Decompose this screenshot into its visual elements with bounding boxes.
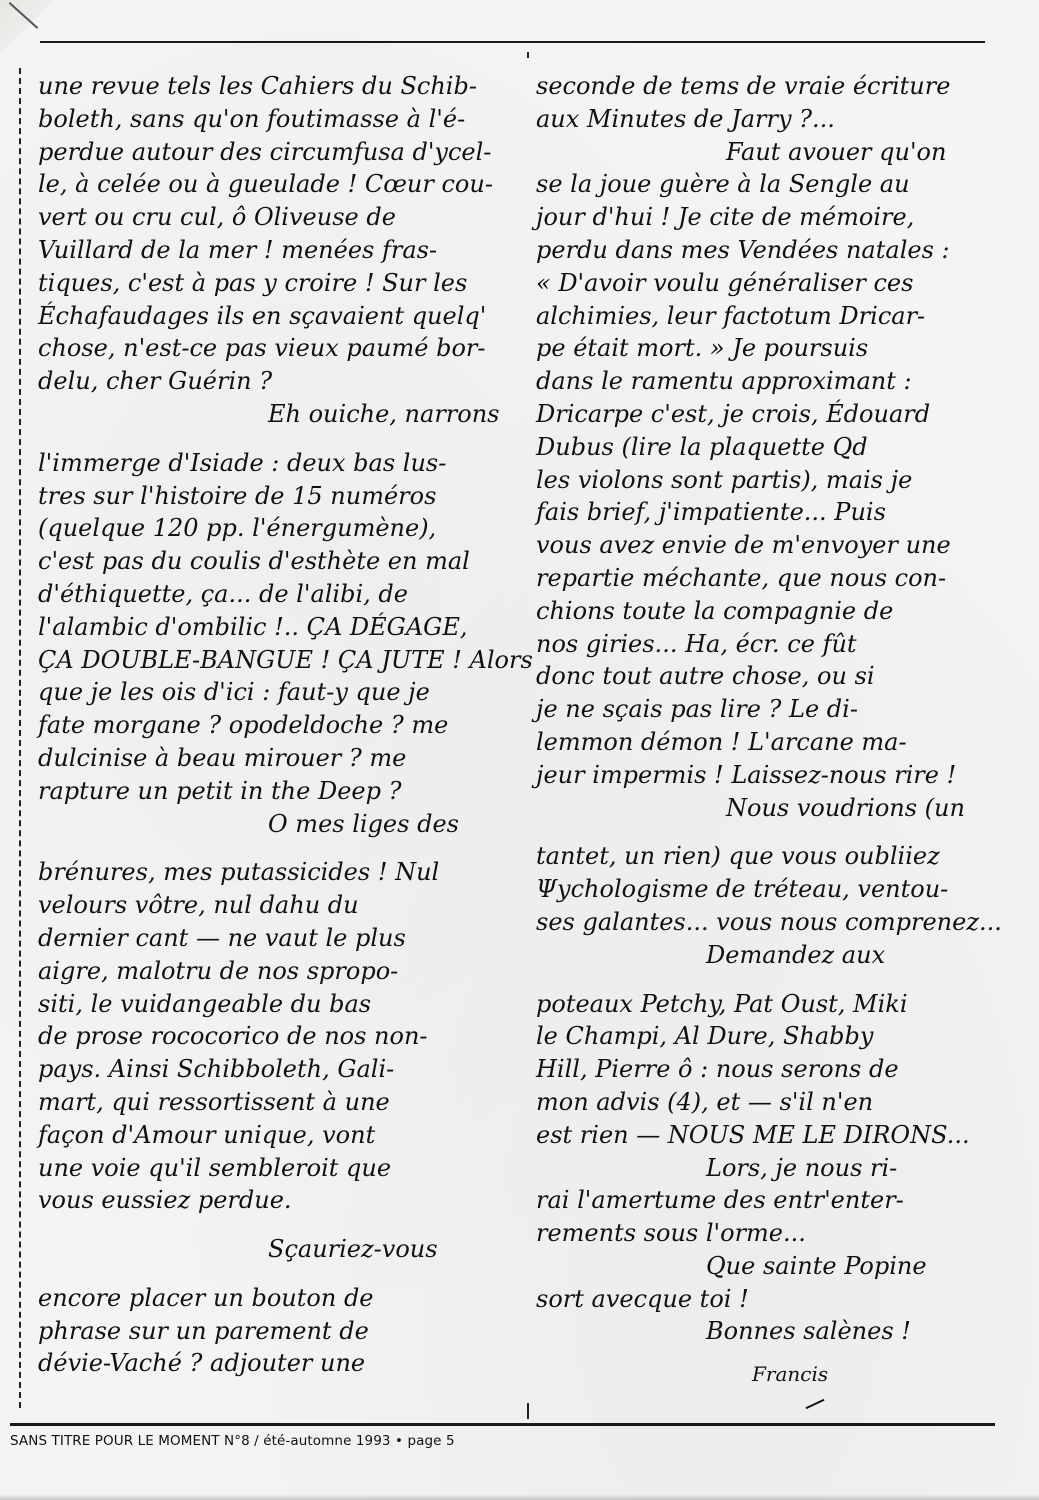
text-line: vous eussiez perdue. <box>38 1184 518 1217</box>
page-footer: SANS TITRE POUR LE MOMENT N°8 / été-auto… <box>10 1433 455 1449</box>
text-line: donc tout autre chose, ou si <box>536 660 986 693</box>
bottom-rule <box>10 1423 995 1426</box>
text-line: l'immerge d'Isiade : deux bas lus- <box>38 447 518 480</box>
left-column-handwritten-text: une revue tels les Cahiers du Schib- bol… <box>38 70 518 1380</box>
paragraph-start-line: Sçauriez-vous <box>38 1233 518 1266</box>
closing-line: sort avecque toi ! <box>536 1283 986 1316</box>
text-line: vert ou cru cul, ô Oliveuse de <box>38 201 518 234</box>
text-line: une revue tels les Cahiers du Schib- <box>38 70 518 103</box>
page-edge-shadow <box>0 1494 1039 1500</box>
text-line: ÇA DOUBLE-BANGUE ! ÇA JUTE ! Alors <box>38 644 518 677</box>
paragraph-start-line: Demandez aux <box>536 939 986 972</box>
paragraph-start-line: Lors, je nous ri- <box>536 1152 986 1185</box>
column-divider-tick-top <box>527 52 529 58</box>
text-line: encore placer un bouton de <box>38 1282 518 1315</box>
text-line: mon advis (4), et — s'il n'en <box>536 1086 986 1119</box>
text-line: alchimies, leur factotum Dricar- <box>536 300 986 333</box>
fold-crease <box>9 2 38 29</box>
paragraph-gap <box>38 431 518 447</box>
text-line: est rien — NOUS ME LE DIRONS... <box>536 1119 986 1152</box>
text-line: mart, qui ressortissent à une <box>38 1086 518 1119</box>
closing-line: Bonnes salènes ! <box>536 1315 986 1348</box>
paragraph-gap <box>536 972 986 988</box>
text-line: rai l'amertume des entr'enter- <box>536 1184 986 1217</box>
text-line: tres sur l'histoire de 15 numéros <box>38 480 518 513</box>
text-line: fais brief, j'impatiente... Puis <box>536 496 986 529</box>
text-line: de prose rococorico de nos non- <box>38 1020 518 1053</box>
text-line: lemmon démon ! L'arcane ma- <box>536 726 986 759</box>
text-line: dulcinise à beau mirouer ? me <box>38 742 518 775</box>
paragraph-start-line: Faut avouer qu'on <box>536 136 986 169</box>
text-line: poteaux Petchy, Pat Oust, Miki <box>536 988 986 1021</box>
text-line: l'alambic d'ombilic !.. ÇA DÉGAGE, <box>38 611 518 644</box>
text-line: Hill, Pierre ô : nous serons de <box>536 1053 986 1086</box>
text-line: les violons sont partis), mais je <box>536 464 986 497</box>
text-line: pe était mort. » Je poursuis <box>536 332 986 365</box>
text-line: Ψychologisme de tréteau, ventou- <box>536 873 986 906</box>
paragraph-gap <box>38 840 518 856</box>
text-line: phrase sur un parement de <box>38 1315 518 1348</box>
paragraph-start-line: Eh ouiche, narrons <box>38 398 518 431</box>
text-line: (quelque 120 pp. l'énergumène), <box>38 512 518 545</box>
text-line: boleth, sans qu'on foutimasse à l'é- <box>38 103 518 136</box>
closing-line: Que sainte Popine <box>536 1250 986 1283</box>
text-line: brénures, mes putassicides ! Nul <box>38 856 518 889</box>
paragraph-gap <box>38 1266 518 1282</box>
text-line: Vuillard de la mer ! menées fras- <box>38 234 518 267</box>
top-rule <box>40 41 985 43</box>
text-line: repartie méchante, que nous con- <box>536 562 986 595</box>
text-line: fate morgane ? opodeldoche ? me <box>38 709 518 742</box>
text-line: chose, n'est-ce pas vieux paumé bor- <box>38 332 518 365</box>
text-line: jeur impermis ! Laissez-nous rire ! <box>536 759 986 792</box>
text-line: ses galantes... vous nous comprenez... <box>536 906 986 939</box>
text-line: aux Minutes de Jarry ?... <box>536 103 986 136</box>
text-line: aigre, malotru de nos spropo- <box>38 955 518 988</box>
text-line: je ne sçais pas lire ? Le di- <box>536 693 986 726</box>
column-divider-tick-bottom <box>527 1403 529 1419</box>
paragraph-gap <box>38 1217 518 1233</box>
text-line: dans le ramentu approximant : <box>536 365 986 398</box>
text-line: d'éthiquette, ça... de l'alibi, de <box>38 578 518 611</box>
text-line: velours vôtre, nul dahu du <box>38 889 518 922</box>
text-line: pays. Ainsi Schibboleth, Gali- <box>38 1053 518 1086</box>
text-line: Dricarpe c'est, je crois, Édouard <box>536 398 986 431</box>
text-line: façon d'Amour unique, vont <box>38 1119 518 1152</box>
text-line: rements sous l'orme... <box>536 1217 986 1250</box>
text-line: jour d'hui ! Je cite de mémoire, <box>536 201 986 234</box>
text-line: « D'avoir voulu généraliser ces <box>536 267 986 300</box>
paragraph-gap <box>536 824 986 840</box>
text-line: Échafaudages ils en sçavaient quelq' <box>38 300 518 333</box>
text-line: une voie qu'il sembleroit que <box>38 1152 518 1185</box>
right-column-handwritten-text: seconde de tems de vraie écriture aux Mi… <box>536 70 986 1348</box>
text-line: tiques, c'est à pas y croire ! Sur les <box>38 267 518 300</box>
text-line: perdu dans mes Vendées natales : <box>536 234 986 267</box>
paragraph-start-line: O mes liges des <box>38 808 518 841</box>
text-line: tantet, un rien) que vous oubliiez <box>536 840 986 873</box>
text-line: le, à celée ou à gueulade ! Cœur cou- <box>38 168 518 201</box>
text-line: dernier cant — ne vaut le plus <box>38 922 518 955</box>
paragraph-start-line: Nous voudrions (un <box>536 792 986 825</box>
text-line: siti, le vuidangeable du bas <box>38 988 518 1021</box>
text-line: vous avez envie de m'envoyer une <box>536 529 986 562</box>
text-line: c'est pas du coulis d'esthète en mal <box>38 545 518 578</box>
text-line: seconde de tems de vraie écriture <box>536 70 986 103</box>
signature: Francis <box>752 1362 828 1386</box>
text-line: le Champi, Al Dure, Shabby <box>536 1020 986 1053</box>
text-line: chions toute la compagnie de <box>536 595 986 628</box>
text-line: perdue autour des circumfusa d'ycel- <box>38 136 518 169</box>
text-line: delu, cher Guérin ? <box>38 365 518 398</box>
text-line: se la joue guère à la Sengle au <box>536 168 986 201</box>
page-corner-fold <box>0 0 60 60</box>
text-line: dévie-Vaché ? adjouter une <box>38 1347 518 1380</box>
text-line: que je les ois d'ici : faut-y que je <box>38 676 518 709</box>
left-margin-dashed-line <box>19 68 21 1408</box>
text-line: Dubus (lire la plaquette Qd <box>536 431 986 464</box>
text-line: rapture un petit in the Deep ? <box>38 775 518 808</box>
text-line: nos giries... Ha, écr. ce fût <box>536 628 986 661</box>
